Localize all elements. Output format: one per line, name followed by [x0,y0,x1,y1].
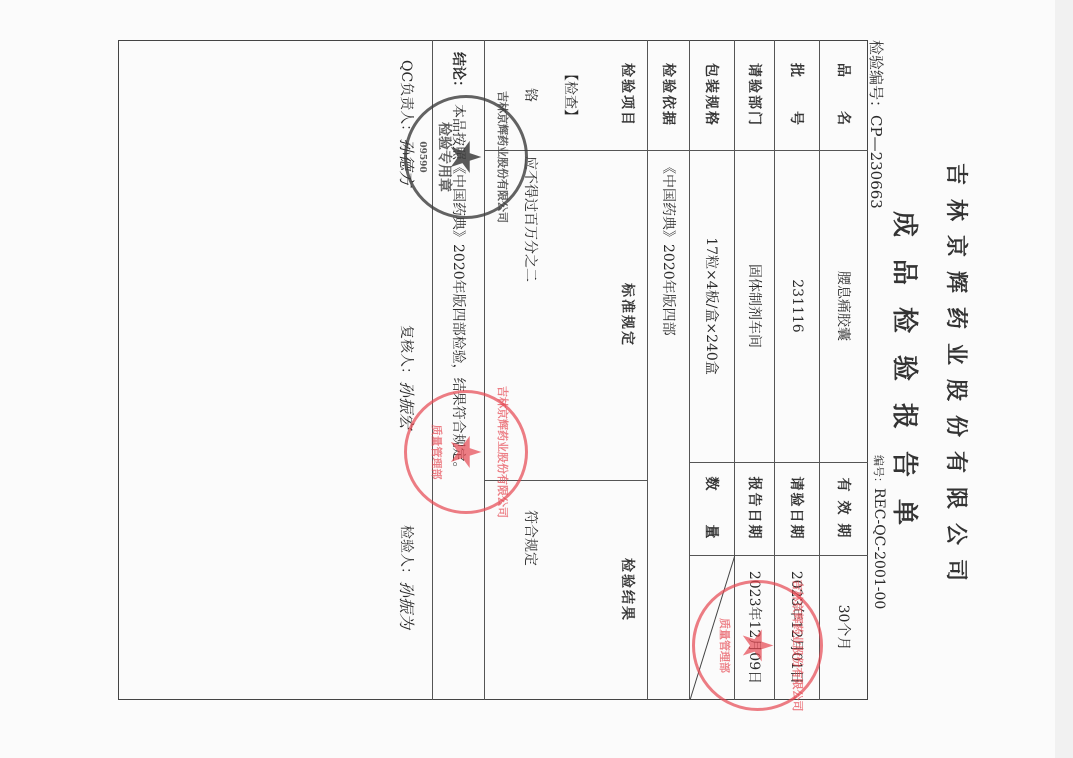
basis-value: 《中国药典》2020年版四部 [648,150,690,710]
inspection-number: 检验编号：CP—230663 [866,40,887,209]
request-date-label: 请验日期 [775,462,820,555]
quality-dept-stamp-bottom: ★ 吉林京辉药业股份有限公司 质量管理部 [404,390,528,514]
requesting-dept-label: 请验部门 [735,40,775,150]
inspection-number-label: 检验编号： [867,40,885,115]
report-title: 成品检验报告单 [888,0,925,758]
reviewer: 复核人： 孙振宏 [396,325,419,429]
package-spec-value: 17粒×4板/盒×240盒 [690,150,735,462]
inspector-signature: 孙振为 [396,581,419,629]
form-number-value: REC-QC-2001-00 [871,488,887,609]
inspection-number-value: CP—230663 [867,115,885,209]
requesting-dept-value: 固体制剂车间 [735,150,775,462]
header-standard: 标准规定 [608,150,648,480]
header-result: 检验结果 [608,480,648,700]
inspector-label: 检验人： [398,525,418,581]
result-row-result: 符合规定 [519,480,543,630]
signature-row: QC负责人： 孙德方 复核人： 孙振宏 检验人： 孙振为 [104,40,433,700]
star-icon: ★ [442,433,491,471]
inspection-report-page: 吉林京辉药业股份有限公司 成品检验报告单 检验编号：CP—230663 编号：R… [0,0,1073,758]
batch-number-value: 231116 [775,150,820,462]
batch-number-label: 批 号 [775,40,820,150]
product-name-label: 品 名 [820,40,868,150]
basis-label: 检验依据 [648,40,690,150]
conclusion-label: 结论： [449,52,469,94]
company-name: 吉林京辉药业股份有限公司 [942,0,973,758]
star-icon: ★ [733,627,782,665]
validity-value: 30个月 [820,555,868,700]
form-number: 编号：REC-QC-2001-00 [871,455,887,609]
section-label: 【检查】 [559,40,583,150]
report-date-label: 报告日期 [735,462,775,555]
validity-label: 有 效 期 [820,462,868,555]
product-name-value: 腰息痛胶囊 [820,150,868,462]
inspection-seal-stamp: ★ 吉林京辉药业股份有限公司 检验专用章 09590 [404,95,528,219]
form-number-label: 编号： [872,455,885,488]
header-item: 检验项目 [608,40,648,150]
reviewer-label: 复核人： [398,325,418,381]
package-spec-label: 包装规格 [690,40,735,150]
quantity-label: 数 量 [690,462,735,555]
inspector: 检验人： 孙振为 [396,525,419,629]
quality-dept-stamp-top: ★ 吉林京辉药业股份有限公司 质量管理部 [692,580,823,711]
